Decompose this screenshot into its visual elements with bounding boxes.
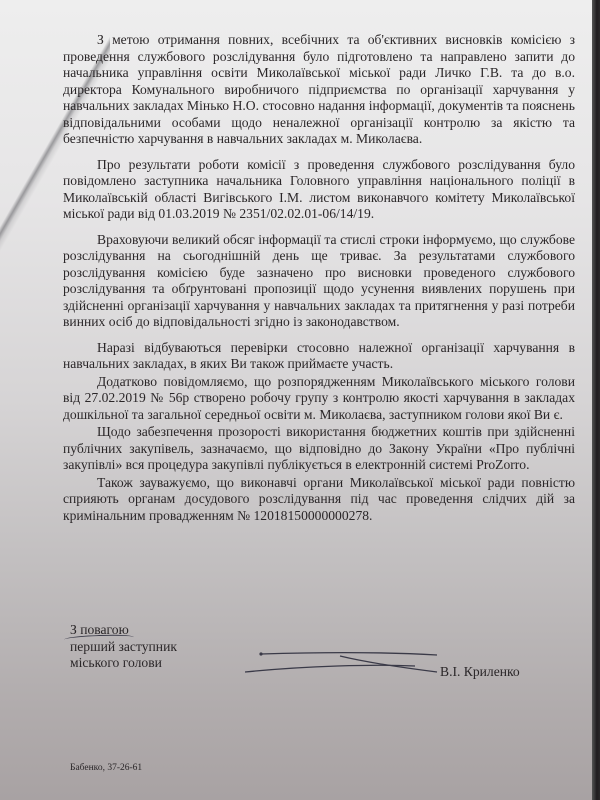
signer-position-line2: міського голови [70,655,177,672]
paragraph-5: Додатково повідомляємо, що розпорядження… [63,374,575,424]
letter-body: З метою отримання повних, всебічних та о… [63,32,575,524]
executor-contact: Бабенко, 37-26-61 [70,763,142,773]
handwritten-signature-icon [245,648,445,678]
document-page: З метою отримання повних, всебічних та о… [0,0,592,800]
paragraph-1: З метою отримання повних, всебічних та о… [63,32,575,148]
paragraph-3: Враховуючи великий обсяг інформації та с… [63,232,575,331]
paragraph-7: Також зауважуємо, що виконавчі органи Ми… [63,475,575,525]
paragraph-4: Наразі відбуваються перевірки стосовно н… [63,340,575,373]
closing-phrase: З повагою [70,622,129,639]
page-edge-shadow [592,0,600,800]
signature-block: З повагою перший заступник міського голо… [70,622,177,672]
paragraph-2: Про результати роботи комісії з проведен… [63,157,575,223]
paragraph-6: Щодо забезпечення прозорості використанн… [63,424,575,474]
signer-name: В.І. Криленко [440,664,520,680]
